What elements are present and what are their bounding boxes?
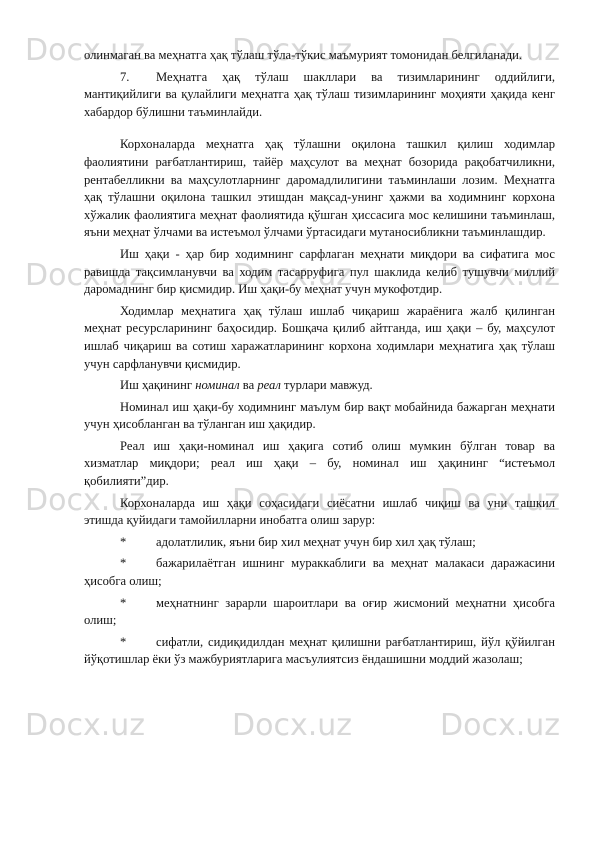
paragraph: олинмаган ва меҳнатга ҳақ тўлаш тўла-тўк… [84,47,555,65]
document-page: олинмаган ва меҳнатга ҳақ тўлаш тўла-тўк… [84,47,555,669]
bullet-item: *меҳнатнинг зарарли шароитлари ва оғир ж… [84,595,555,630]
bullet-text: адолатлилик, яъни бир хил меҳнат учун би… [156,535,476,549]
paragraph: Иш ҳақи - ҳар бир ходимнинг сарфлаган ме… [84,246,555,299]
paragraph: Ходимлар меҳнатига ҳақ тўлаш ишлаб чиқар… [84,303,555,373]
paragraph: Реал иш ҳақи-номинал иш ҳақига сотиб оли… [84,438,555,491]
text-run: Иш ҳақининг [120,378,195,392]
italic-term-real: реал [257,378,281,392]
bullet-marker: * [120,634,156,652]
bullet-marker: * [120,555,156,573]
paragraph: Номинал иш ҳақи-бу ходимнинг маълум бир … [84,399,555,434]
paragraph: Корхоналарда иш ҳақи соҳасидаги сиёсатни… [84,495,555,530]
bullet-item: *адолатлилик, яъни бир хил меҳнат учун б… [84,534,555,552]
text-run: ва [240,378,258,392]
watermark: Docx.uz [440,708,560,743]
text-run: турлари мавжуд. [281,378,373,392]
watermark: Docx.uz [232,708,352,743]
paragraph: Иш ҳақининг номинал ва реал турлари мавж… [84,377,555,395]
bullet-item: *сифатли, сидиқидилдан меҳнат қилишни ра… [84,634,555,669]
numbered-paragraph: 7.Меҳнатга ҳақ тўлаш шакллари ва тизимла… [84,69,555,122]
bullet-marker: * [120,595,156,613]
watermark: Docx.uz [25,708,145,743]
italic-term-nominal: номинал [195,378,239,392]
bullet-marker: * [120,534,156,552]
item-number: 7. [120,69,156,87]
paragraph: Корхоналарда меҳнатга ҳақ тўлашни оқилон… [84,136,555,242]
bullet-item: *бажарилаётган ишнинг мураккаблиги ва ме… [84,555,555,590]
